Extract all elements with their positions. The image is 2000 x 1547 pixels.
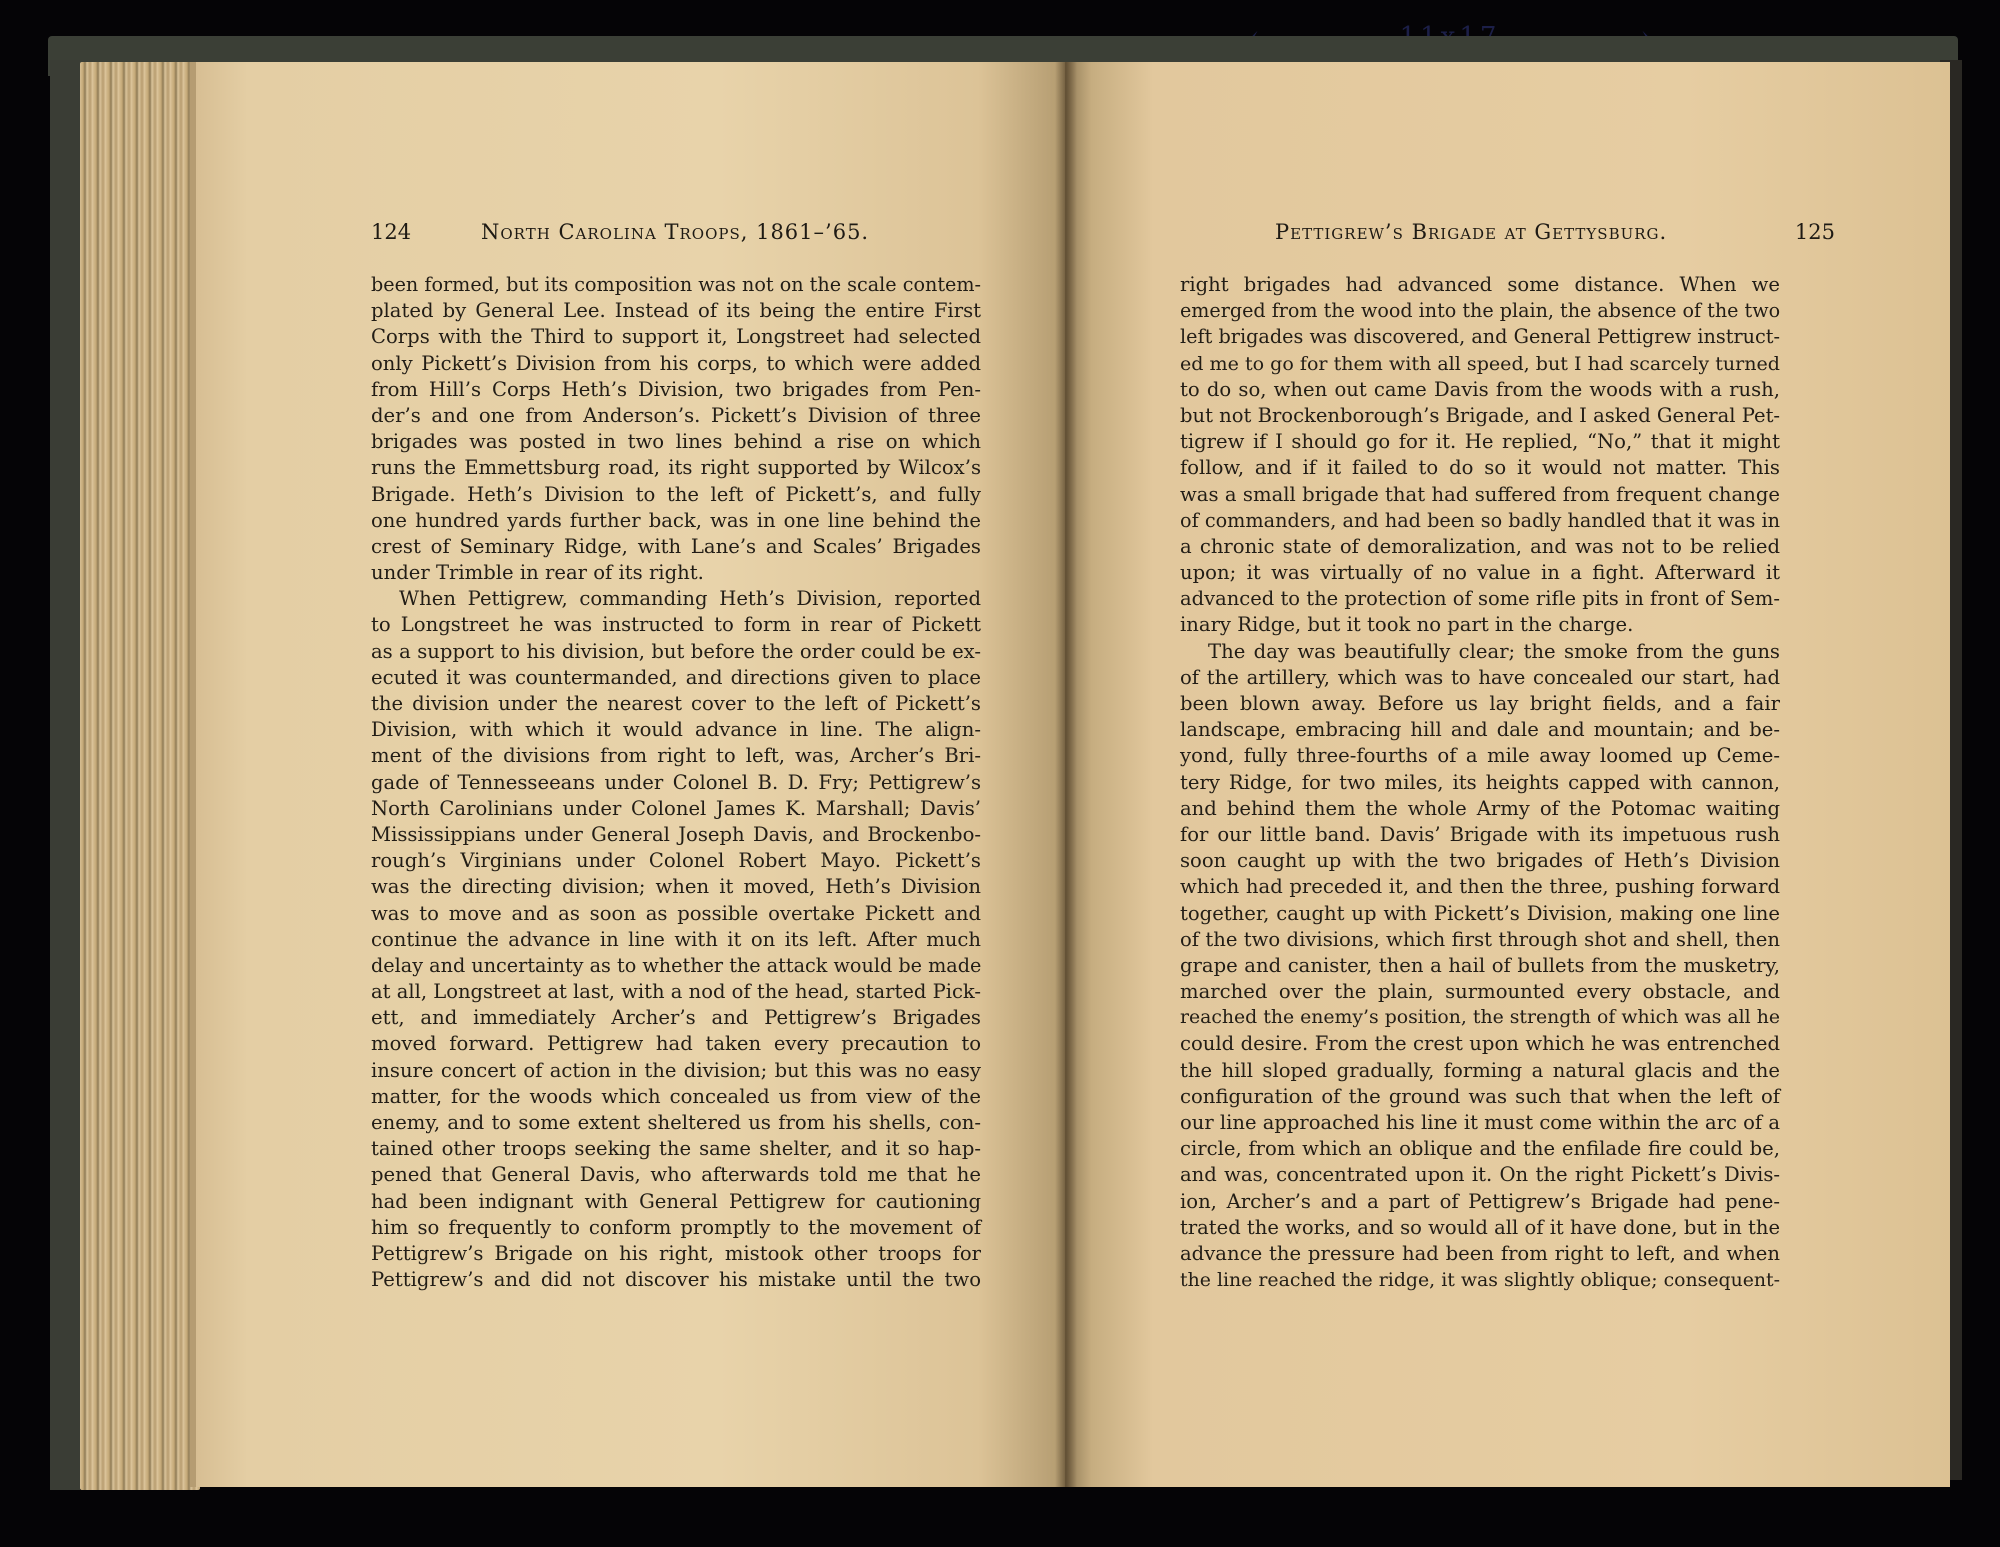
text-line: but not Brockenborough’s Brigade, and I …	[1180, 403, 1780, 429]
text-line: ecuted it was countermanded, and directi…	[371, 665, 981, 691]
right-page-number: 125	[1795, 220, 1835, 244]
text-line: which had preceded it, and then the thre…	[1180, 874, 1780, 900]
text-line: our line approached his line it must com…	[1180, 1110, 1780, 1136]
text-line: upon; it was virtually of no value in a …	[1180, 560, 1780, 586]
text-line: North Carolinians under Colonel James K.…	[371, 796, 981, 822]
text-line: together, caught up with Pickett’s Divis…	[1180, 901, 1780, 927]
text-line: runs the Emmettsburg road, its right sup…	[371, 455, 981, 481]
left-running-title: North Carolina Troops, 1861–’65.	[481, 220, 869, 244]
text-line: advance the pressure had been from right…	[1180, 1241, 1780, 1267]
right-page: Pettigrew’s Brigade at Gettysburg. 125 r…	[1065, 62, 1950, 1487]
text-line: inary Ridge, but it took no part in the …	[1180, 612, 1780, 638]
text-line: Pettigrew’s and did not discover his mis…	[371, 1267, 981, 1293]
text-line: of the two divisions, which first throug…	[1180, 927, 1780, 953]
left-running-head: 124 North Carolina Troops, 1861–’65.	[371, 220, 991, 244]
text-line: to do so, when out came Davis from the w…	[1180, 377, 1780, 403]
text-line: him so frequently to conform promptly to…	[371, 1215, 981, 1241]
text-line: landscape, embracing hill and dale and m…	[1180, 717, 1780, 743]
text-line: had been indignant with General Pettigre…	[371, 1189, 981, 1215]
text-line: continue the advance in line with it on …	[371, 927, 981, 953]
text-line: for our little band. Davis’ Brigade with…	[1180, 822, 1780, 848]
text-line: pened that General Davis, who afterwards…	[371, 1162, 981, 1188]
text-line: delay and uncertainty as to whether the …	[371, 953, 981, 979]
text-line: from Hill’s Corps Heth’s Division, two b…	[371, 377, 981, 403]
text-line: only Pickett’s Division from his corps, …	[371, 351, 981, 377]
text-line: enemy, and to some extent sheltered us f…	[371, 1110, 981, 1136]
text-line: marched over the plain, surmounted every…	[1180, 979, 1780, 1005]
text-line: Division, with which it would advance in…	[371, 717, 981, 743]
right-body-text: right brigades had advanced some distanc…	[1180, 272, 1780, 1293]
text-line: under Trimble in rear of its right.	[371, 560, 981, 586]
text-line: could desire. From the crest upon which …	[1180, 1031, 1780, 1057]
text-line: been blown away. Before us lay bright fi…	[1180, 691, 1780, 717]
text-line: and behind them the whole Army of the Po…	[1180, 796, 1780, 822]
text-line: right brigades had advanced some distanc…	[1180, 272, 1780, 298]
text-line: plated by General Lee. Instead of its be…	[371, 298, 981, 324]
text-line: and was, concentrated upon it. On the ri…	[1180, 1162, 1780, 1188]
text-line: a chronic state of demoralization, and w…	[1180, 534, 1780, 560]
text-line: to Longstreet he was instructed to form …	[371, 612, 981, 638]
text-line: ion, Archer’s and a part of Pettigrew’s …	[1180, 1189, 1780, 1215]
text-line: emerged from the wood into the plain, th…	[1180, 298, 1780, 324]
text-line: ment of the divisions from right to left…	[371, 743, 981, 769]
text-line: reached the enemy’s position, the streng…	[1180, 1005, 1780, 1031]
text-line: tained other troops seeking the same she…	[371, 1136, 981, 1162]
text-line: rough’s Virginians under Colonel Robert …	[371, 848, 981, 874]
text-line: of the artillery, which was to have conc…	[1180, 665, 1780, 691]
text-line: Mississippians under General Joseph Davi…	[371, 822, 981, 848]
text-line: grape and canister, then a hail of bulle…	[1180, 953, 1780, 979]
text-line: the line reached the ridge, it was sligh…	[1180, 1267, 1780, 1293]
text-line: The day was beautifully clear; the smoke…	[1180, 639, 1780, 665]
text-line: moved forward. Pettigrew had taken every…	[371, 1031, 981, 1057]
right-running-title: Pettigrew’s Brigade at Gettysburg.	[1275, 220, 1667, 244]
text-line: at all, Longstreet at last, with a nod o…	[371, 979, 981, 1005]
right-running-head: Pettigrew’s Brigade at Gettysburg. 125	[1275, 220, 1835, 244]
left-page: 124 North Carolina Troops, 1861–’65. bee…	[190, 62, 1065, 1487]
left-body-text: been formed, but its composition was not…	[371, 272, 981, 1293]
text-line: of commanders, and had been so badly han…	[1180, 508, 1780, 534]
left-page-number: 124	[371, 220, 481, 244]
text-line: matter, for the woods which concealed us…	[371, 1084, 981, 1110]
text-line: gade of Tennesseeans under Colonel B. D.…	[371, 770, 981, 796]
text-line: was to move and as soon as possible over…	[371, 901, 981, 927]
text-line: tery Ridge, for two miles, its heights c…	[1180, 770, 1780, 796]
text-line: yond, fully three-fourths of a mile away…	[1180, 743, 1780, 769]
text-line: Corps with the Third to support it, Long…	[371, 324, 981, 350]
text-line: der’s and one from Anderson’s. Pickett’s…	[371, 403, 981, 429]
text-line: ett, and immediately Archer’s and Pettig…	[371, 1005, 981, 1031]
text-line: circle, from which an oblique and the en…	[1180, 1136, 1780, 1162]
text-line: the hill sloped gradually, forming a nat…	[1180, 1058, 1780, 1084]
text-line: configuration of the ground was such tha…	[1180, 1084, 1780, 1110]
text-line: insure concert of action in the division…	[371, 1058, 981, 1084]
text-line: the division under the nearest cover to …	[371, 691, 981, 717]
text-line: crest of Seminary Ridge, with Lane’s and…	[371, 534, 981, 560]
text-line: follow, and if it failed to do so it wou…	[1180, 455, 1780, 481]
page-stack-edge	[80, 62, 200, 1490]
text-line: ed me to go for them with all speed, but…	[1180, 351, 1780, 377]
text-line: been formed, but its composition was not…	[371, 272, 981, 298]
text-line: advanced to the protection of some rifle…	[1180, 586, 1780, 612]
text-line: trated the works, and so would all of it…	[1180, 1215, 1780, 1241]
text-line: left brigades was discovered, and Genera…	[1180, 324, 1780, 350]
text-line: was the directing division; when it move…	[371, 874, 981, 900]
text-line: brigades was posted in two lines behind …	[371, 429, 981, 455]
text-line: was a small brigade that had suffered fr…	[1180, 482, 1780, 508]
text-line: as a support to his division, but before…	[371, 639, 981, 665]
text-line: Brigade. Heth’s Division to the left of …	[371, 482, 981, 508]
text-line: tigrew if I should go for it. He replied…	[1180, 429, 1780, 455]
text-line: Pettigrew’s Brigade on his right, mistoo…	[371, 1241, 981, 1267]
text-line: one hundred yards further back, was in o…	[371, 508, 981, 534]
book-cover-left	[50, 60, 80, 1490]
book-gutter	[1055, 62, 1077, 1487]
text-line: soon caught up with the two brigades of …	[1180, 848, 1780, 874]
text-line: When Pettigrew, commanding Heth’s Divisi…	[371, 586, 981, 612]
